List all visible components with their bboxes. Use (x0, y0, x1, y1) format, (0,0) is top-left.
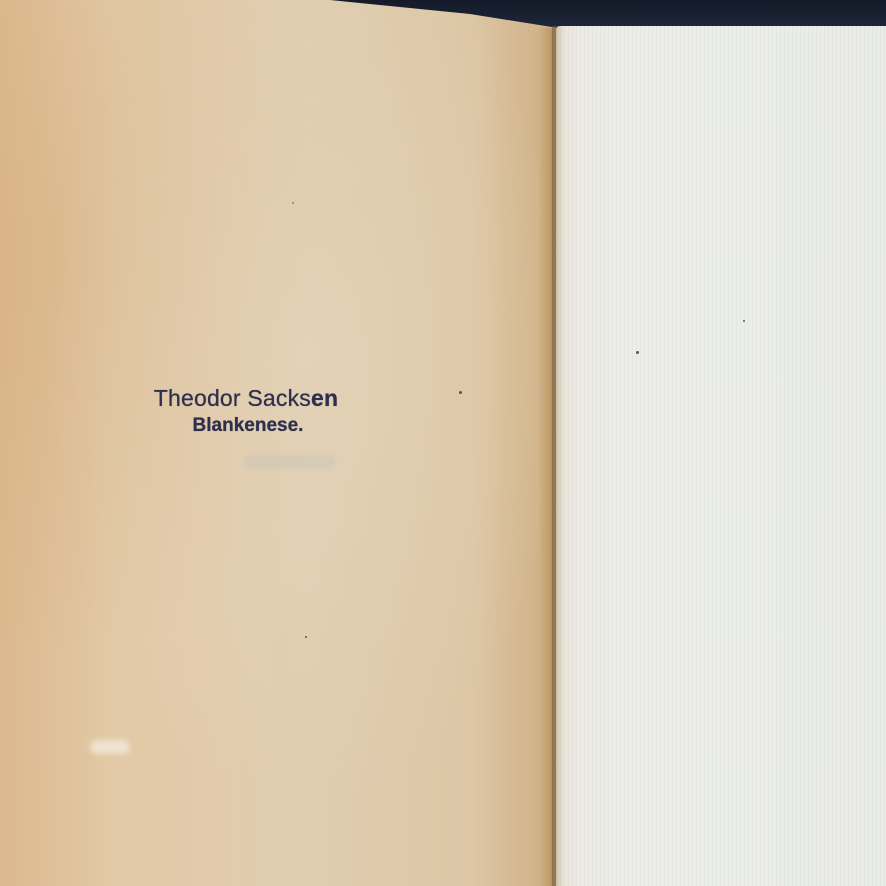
paper-speck (743, 320, 745, 322)
paper-speck (292, 202, 294, 204)
stamp-name-suffix: en (311, 385, 338, 411)
stamp-owner-name: Theodor Sacksen (136, 384, 356, 412)
paper-speck (459, 391, 462, 394)
left-endpaper-page (0, 0, 558, 886)
paper-light-spot (90, 740, 130, 754)
stamp-place: Blankenese. (136, 414, 356, 438)
paper-speck (636, 351, 639, 354)
faint-offset-mark (245, 455, 335, 469)
paper-speck (305, 636, 307, 638)
owner-stamp: Theodor Sacksen Blankenese. (136, 384, 356, 438)
right-flyleaf-page (556, 26, 886, 886)
stamp-name-text: Theodor Sacks (154, 385, 311, 411)
book-gutter (552, 26, 564, 886)
